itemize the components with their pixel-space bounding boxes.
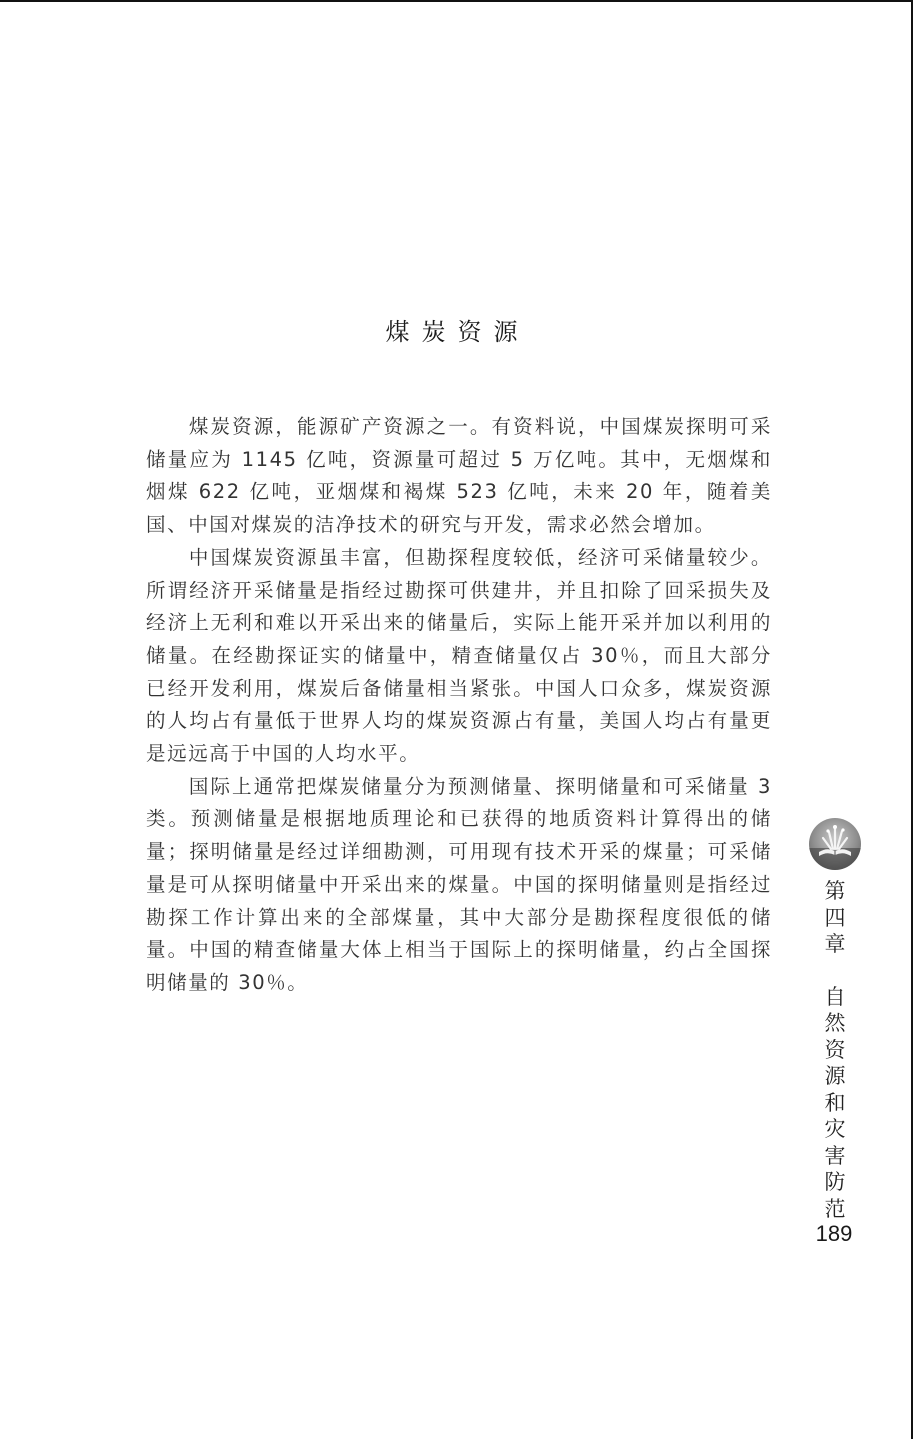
page-title: 煤炭资源 — [0, 312, 915, 347]
chapter-side-tab: 第四章 自然资源和灾害防范 — [807, 818, 863, 1222]
page-number: 189 — [808, 1221, 860, 1247]
chapter-title-vertical: 第四章 自然资源和灾害防范 — [820, 878, 850, 1222]
paragraph-1: 煤炭资源，能源矿产资源之一。有资料说，中国煤炭探明可采储量应为 1145 亿吨，… — [146, 411, 772, 542]
article-body: 煤炭资源，能源矿产资源之一。有资料说，中国煤炭探明可采储量应为 1145 亿吨，… — [146, 411, 772, 1000]
paragraph-2: 中国煤炭资源虽丰富，但勘探程度较低，经济可采储量较少。所谓经济开采储量是指经过勘… — [146, 542, 772, 771]
paragraph-3: 国际上通常把煤炭储量分为预测储量、探明储量和可采储量 3 类。预测储量是根据地质… — [146, 771, 772, 1000]
open-book-emblem-icon — [809, 818, 861, 870]
chapter-name: 自然资源和灾害防范 — [820, 984, 850, 1223]
chapter-label: 第四章 — [820, 878, 850, 958]
